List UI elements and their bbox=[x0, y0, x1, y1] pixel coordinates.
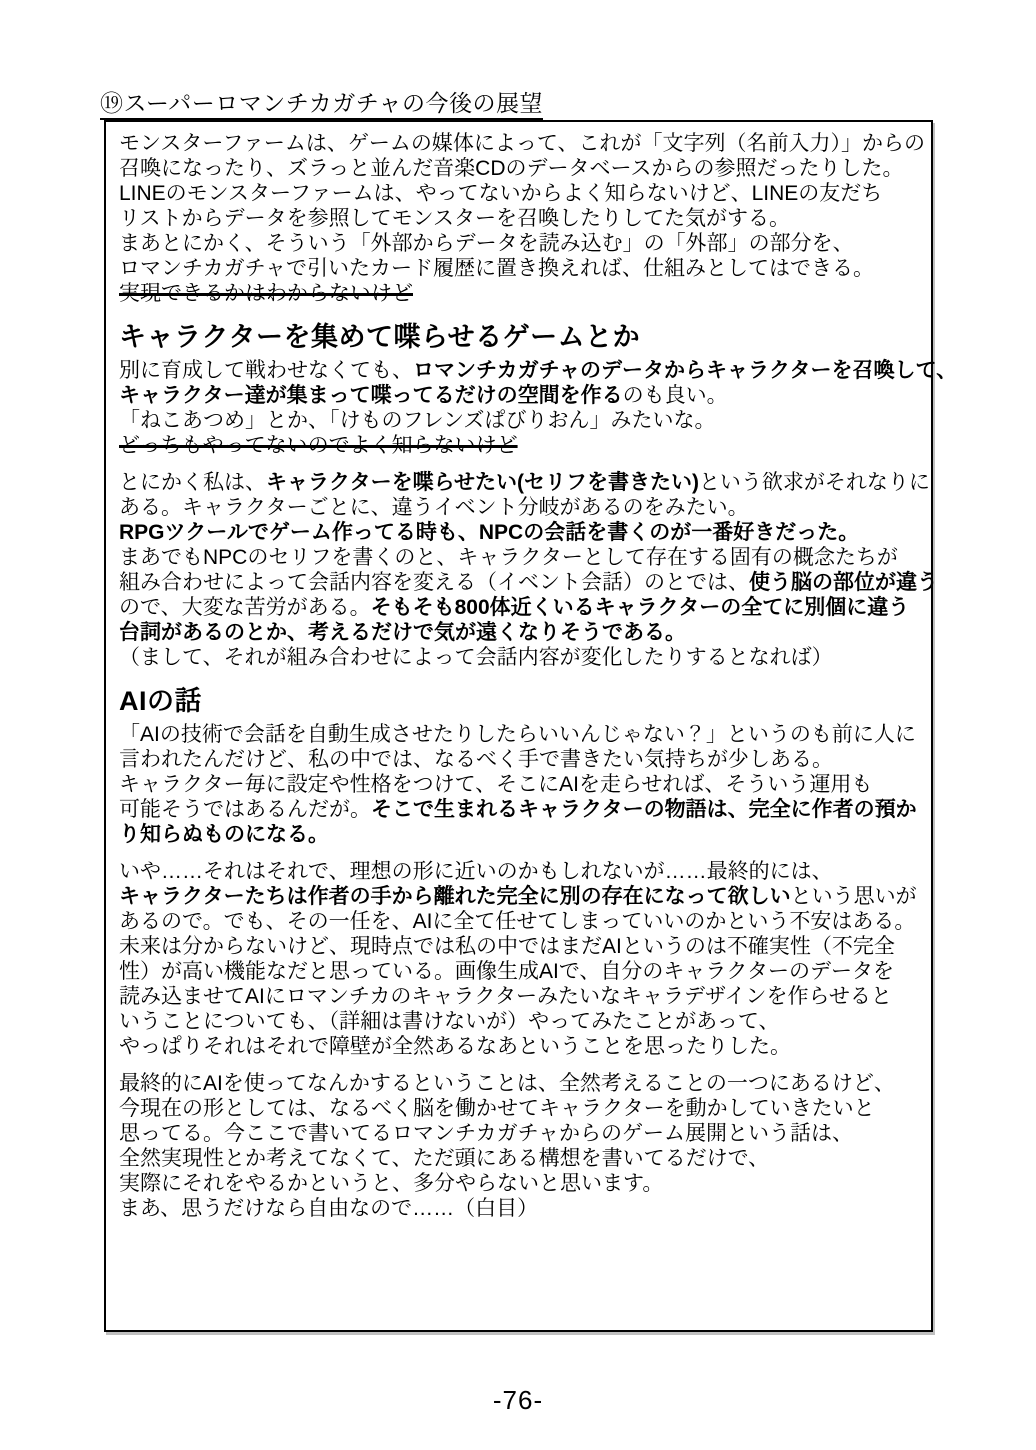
text-line: まあ、思うだけなら自由なので……（白目） bbox=[119, 1196, 921, 1221]
body-text: まあでもNPCのセリフを書くのと、キャラクターとして存在する固有の概念たちが bbox=[119, 546, 898, 569]
body-text: キャラクター毎に設定や性格をつけて、そこにAIを走らせれば、そういう運用も bbox=[119, 773, 872, 796]
emphasis-text: ロマンチカガチャのデータからキャラクターを召喚して、 bbox=[413, 359, 957, 382]
paragraph: 「AIの技術で会話を自動生成させたりしたらいいんじゃない？」というのも前に人に言… bbox=[119, 722, 921, 847]
emphasis-text: そこで生まれるキャラクターの物語は、完全に作者の預か bbox=[371, 798, 917, 821]
body-text: という思いが bbox=[791, 885, 917, 908]
emphasis-text: り知らぬものになる。 bbox=[119, 823, 329, 846]
text-line: 言われたんだけど、私の中では、なるべく手で書きたい気持ちが少しある。 bbox=[119, 747, 921, 772]
body-text: 別に育成して戦わせなくても、 bbox=[119, 359, 413, 382]
body-text: 「ねこあつめ」とか、「けものフレンズぱびりおん」みたいな。 bbox=[119, 409, 716, 432]
body-text: 組み合わせによって会話内容を変える（イベント会話）のとでは、 bbox=[119, 571, 749, 594]
emphasis-text: 台詞があるのとか、考えるだけで気が遠くなりそうである。 bbox=[119, 621, 686, 644]
text-line: 台詞があるのとか、考えるだけで気が遠くなりそうである。 bbox=[119, 620, 921, 645]
body-text: 全然実現性とか考えてなくて、ただ頭にある構想を書いてるだけで、 bbox=[119, 1147, 769, 1170]
body-text: 性）が高い機能なだと思っている。画像生成AIで、自分のキャラクターのデータを bbox=[119, 960, 894, 983]
text-line: キャラクター達が集まって喋ってるだけの空間を作るのも良い。 bbox=[119, 383, 921, 408]
body-text: あるので。でも、その一任を、AIに全て任せてしまっていいのかという不安はある。 bbox=[119, 910, 915, 933]
emphasis-text: キャラクターたちは作者の手から離れた完全に別の存在になって欲しい bbox=[119, 885, 791, 908]
body-text: まあ、思うだけなら自由なので……（白目） bbox=[119, 1197, 538, 1220]
text-line: ある。キャラクターごとに、違うイベント分岐があるのをみたい。 bbox=[119, 495, 921, 520]
text-line: り知らぬものになる。 bbox=[119, 822, 921, 847]
text-line: RPGツクールでゲーム作ってる時も、NPCの会話を書くのが一番好きだった。 bbox=[119, 520, 921, 545]
document-blocks: モンスターファームは、ゲームの媒体によって、これが「文字列（名前入力）」からの召… bbox=[119, 131, 921, 1221]
text-line: （まして、それが組み合わせによって会話内容が変化したりするとなれば） bbox=[119, 645, 921, 670]
page-header: ⑲スーパーロマンチカガチャの今後の展望 bbox=[100, 90, 543, 120]
text-line: キャラクター毎に設定や性格をつけて、そこにAIを走らせれば、そういう運用も bbox=[119, 772, 921, 797]
text-line: やっぱりそれはそれで障壁が全然あるなあということを思ったりした。 bbox=[119, 1034, 921, 1059]
body-text: 言われたんだけど、私の中では、なるべく手で書きたい気持ちが少しある。 bbox=[119, 748, 833, 771]
emphasis-text: RPGツクールでゲーム作ってる時も、NPCの会話を書くのが一番好きだった。 bbox=[119, 521, 859, 544]
text-line: まあでもNPCのセリフを書くのと、キャラクターとして存在する固有の概念たちが bbox=[119, 545, 921, 570]
body-text: まあとにかく、そういう「外部からデータを読み込む」の「外部」の部分を、 bbox=[119, 232, 854, 255]
text-line: 全然実現性とか考えてなくて、ただ頭にある構想を書いてるだけで、 bbox=[119, 1146, 921, 1171]
body-text: ので、大変な苦労がある。 bbox=[119, 596, 371, 619]
text-line: 性）が高い機能なだと思っている。画像生成AIで、自分のキャラクターのデータを bbox=[119, 959, 921, 984]
text-line: 組み合わせによって会話内容を変える（イベント会話）のとでは、使う脳の部位が違う bbox=[119, 570, 921, 595]
text-line: 可能そうではあるんだが。そこで生まれるキャラクターの物語は、完全に作者の預か bbox=[119, 797, 921, 822]
text-line: LINEのモンスターファームは、やってないからよく知らないけど、LINEの友だち bbox=[119, 181, 921, 206]
paragraph: 別に育成して戦わせなくても、ロマンチカガチャのデータからキャラクターを召喚して、… bbox=[119, 358, 921, 458]
emphasis-text: AIの話 bbox=[119, 686, 202, 716]
text-line: リストからデータを参照してモンスターを召喚したりしてた気がする。 bbox=[119, 206, 921, 231]
text-line: 未来は分からないけど、現時点では私の中ではまだAIというのは不確実性（不完全 bbox=[119, 934, 921, 959]
body-text: 召喚になったり、ズラっと並んだ音楽CDのデータベースからの参照だったりした。 bbox=[119, 157, 903, 180]
section-heading: キャラクターを集めて喋らせるゲームとか bbox=[119, 322, 921, 352]
text-line: 読み込ませてAIにロマンチカのキャラクターみたいなキャラデザインを作らせると bbox=[119, 984, 921, 1009]
section-heading: AIの話 bbox=[119, 686, 921, 716]
text-line: とにかく私は、キャラクターを喋らせたい(セリフを書きたい)という欲求がそれなりに bbox=[119, 470, 921, 495]
section-title: ⑲スーパーロマンチカガチャの今後の展望 bbox=[100, 90, 543, 120]
text-line: どっちもやってないのでよく知らないけど bbox=[119, 433, 921, 458]
emphasis-text: キャラクターを喋らせたい(セリフを書きたい) bbox=[266, 471, 699, 494]
body-text: 未来は分からないけど、現時点では私の中ではまだAIというのは不確実性（不完全 bbox=[119, 935, 895, 958]
body-text: ロマンチカガチャで引いたカード履歴に置き換えれば、仕組みとしてはできる。 bbox=[119, 257, 874, 280]
emphasis-text: 使う脳の部位が違う bbox=[749, 571, 938, 594]
body-text: 思ってる。今ここで書いてるロマンチカガチャからのゲーム展開という話は、 bbox=[119, 1122, 853, 1145]
paragraph: 最終的にAIを使ってなんかするということは、全然考えることの一つにあるけど、今現… bbox=[119, 1071, 921, 1221]
body-text: モンスターファームは、ゲームの媒体によって、これが「文字列（名前入力）」からの bbox=[119, 132, 925, 155]
body-text: 今現在の形としては、なるべく脳を働かせてキャラクターを動かしていきたいと bbox=[119, 1097, 875, 1120]
text-line: 実際にそれをやるかというと、多分やらないと思います。 bbox=[119, 1171, 921, 1196]
body-text: いや……それはそれで、理想の形に近いのかもしれないが……最終的には、 bbox=[119, 860, 833, 883]
text-line: いうことについても、（詳細は書けないが）やってみたことがあって、 bbox=[119, 1009, 921, 1034]
page-number: -76- bbox=[493, 1385, 543, 1415]
text-line: 「AIの技術で会話を自動生成させたりしたらいいんじゃない？」というのも前に人に bbox=[119, 722, 921, 747]
text-line: 今現在の形としては、なるべく脳を働かせてキャラクターを動かしていきたいと bbox=[119, 1096, 921, 1121]
strikethrough-text: 実現できるかはわからないけど bbox=[119, 282, 413, 305]
text-line: いや……それはそれで、理想の形に近いのかもしれないが……最終的には、 bbox=[119, 859, 921, 884]
text-line: キャラクターを集めて喋らせるゲームとか bbox=[119, 322, 921, 352]
text-line: モンスターファームは、ゲームの媒体によって、これが「文字列（名前入力）」からの bbox=[119, 131, 921, 156]
text-line: 最終的にAIを使ってなんかするということは、全然考えることの一つにあるけど、 bbox=[119, 1071, 921, 1096]
body-text: いうことについても、（詳細は書けないが）やってみたことがあって、 bbox=[119, 1010, 779, 1033]
page-footer: -76- bbox=[0, 1385, 1036, 1416]
text-line: AIの話 bbox=[119, 686, 921, 716]
body-text: のも良い。 bbox=[623, 384, 728, 407]
body-text: 最終的にAIを使ってなんかするということは、全然考えることの一つにあるけど、 bbox=[119, 1072, 895, 1095]
text-line: 別に育成して戦わせなくても、ロマンチカガチャのデータからキャラクターを召喚して、 bbox=[119, 358, 921, 383]
text-line: ロマンチカガチャで引いたカード履歴に置き換えれば、仕組みとしてはできる。 bbox=[119, 256, 921, 281]
body-text: 「AIの技術で会話を自動生成させたりしたらいいんじゃない？」というのも前に人に bbox=[119, 723, 916, 746]
body-text: ある。キャラクターごとに、違うイベント分岐があるのをみたい。 bbox=[119, 496, 749, 519]
paragraph: モンスターファームは、ゲームの媒体によって、これが「文字列（名前入力）」からの召… bbox=[119, 131, 921, 306]
paragraph: いや……それはそれで、理想の形に近いのかもしれないが……最終的には、キャラクター… bbox=[119, 859, 921, 1059]
body-text: 可能そうではあるんだが。 bbox=[119, 798, 371, 821]
body-text: （まして、それが組み合わせによって会話内容が変化したりするとなれば） bbox=[119, 646, 833, 669]
text-line: 「ねこあつめ」とか、「けものフレンズぱびりおん」みたいな。 bbox=[119, 408, 921, 433]
body-text: 実際にそれをやるかというと、多分やらないと思います。 bbox=[119, 1172, 663, 1195]
body-text: LINEのモンスターファームは、やってないからよく知らないけど、LINEの友だち bbox=[119, 182, 882, 205]
body-text: やっぱりそれはそれで障壁が全然あるなあということを思ったりした。 bbox=[119, 1035, 791, 1058]
text-line: ので、大変な苦労がある。そもそも800体近くいるキャラクターの全てに別個に違う bbox=[119, 595, 921, 620]
body-text: リストからデータを参照してモンスターを召喚したりしてた気がする。 bbox=[119, 207, 790, 230]
emphasis-text: キャラクターを集めて喋らせるゲームとか bbox=[119, 322, 640, 352]
content-box: モンスターファームは、ゲームの媒体によって、これが「文字列（名前入力）」からの召… bbox=[104, 120, 933, 1332]
text-line: 召喚になったり、ズラっと並んだ音楽CDのデータベースからの参照だったりした。 bbox=[119, 156, 921, 181]
text-line: 思ってる。今ここで書いてるロマンチカガチャからのゲーム展開という話は、 bbox=[119, 1121, 921, 1146]
emphasis-text: そもそも800体近くいるキャラクターの全てに別個に違う bbox=[371, 596, 910, 619]
document-page: ⑲スーパーロマンチカガチャの今後の展望 モンスターファームは、ゲームの媒体によっ… bbox=[0, 0, 1036, 1450]
text-line: 実現できるかはわからないけど bbox=[119, 281, 921, 306]
emphasis-text: キャラクター達が集まって喋ってるだけの空間を作る bbox=[119, 384, 623, 407]
text-line: あるので。でも、その一任を、AIに全て任せてしまっていいのかという不安はある。 bbox=[119, 909, 921, 934]
paragraph: とにかく私は、キャラクターを喋らせたい(セリフを書きたい)という欲求がそれなりに… bbox=[119, 470, 921, 670]
text-line: キャラクターたちは作者の手から離れた完全に別の存在になって欲しいという思いが bbox=[119, 884, 921, 909]
body-text: とにかく私は、 bbox=[119, 471, 266, 494]
body-text: という欲求がそれなりに bbox=[699, 471, 930, 494]
text-line: まあとにかく、そういう「外部からデータを読み込む」の「外部」の部分を、 bbox=[119, 231, 921, 256]
body-text: 読み込ませてAIにロマンチカのキャラクターみたいなキャラデザインを作らせると bbox=[119, 985, 892, 1008]
strikethrough-text: どっちもやってないのでよく知らないけど bbox=[119, 434, 518, 457]
